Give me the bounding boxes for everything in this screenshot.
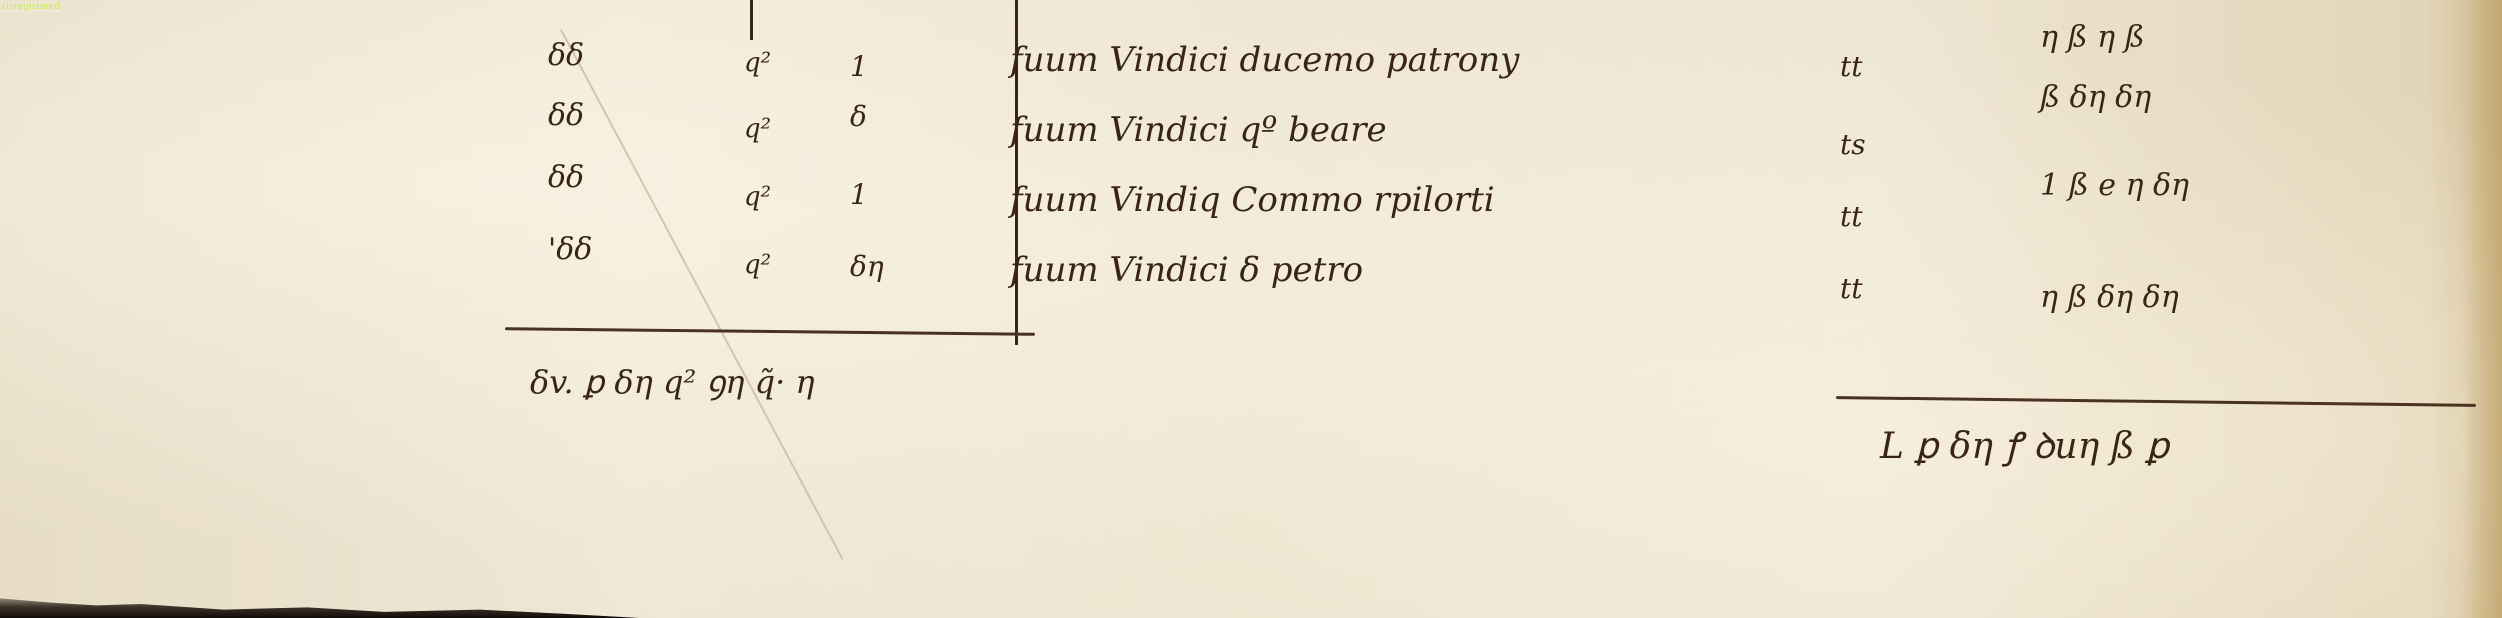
subtotal-rule (505, 327, 1035, 336)
entry-qty: δ (850, 100, 867, 133)
entry-mark: δδ (548, 98, 584, 133)
total-rule (1836, 396, 2476, 407)
entry-tally: tt (1840, 50, 1863, 83)
entry-tally: tt (1840, 272, 1863, 305)
entry-text: fuum Vindici qº beare (1010, 110, 1387, 150)
total-line: L ꝑ δη ꝭ ꝺuη ß ꝑ (1880, 420, 2169, 469)
entry-unit: q² (744, 48, 771, 78)
entry-unit: q² (744, 182, 771, 212)
entry-tally: ts (1840, 128, 1866, 161)
entry-amounts: 1 ß e η δη (2040, 168, 2189, 203)
watermark: Unregistered (2, 2, 60, 12)
entry-mark: δδ (548, 160, 584, 195)
entry-tally: tt (1840, 200, 1863, 233)
entry-mark: 'δδ (548, 232, 592, 267)
entry-qty: δη (850, 250, 884, 283)
entry-mark: δδ (548, 38, 584, 73)
column-divider (750, 0, 753, 40)
entry-amounts: η ß η ß (2040, 20, 2145, 55)
paper-crease (560, 29, 843, 560)
parchment-page: Unregistered δδ q² 1 fuum Vindici ducemo… (0, 0, 2502, 618)
entry-text: fuum Vindici ducemo patrony (1010, 40, 1519, 80)
entry-amounts: η ß δη δη (2040, 280, 2179, 315)
page-edge-shadow (2462, 0, 2502, 618)
entry-amounts: ß δη δη (2040, 80, 2151, 115)
subtotal-line: δv. ꝑ δη q² ꝯη q̃· η (530, 360, 815, 403)
entry-qty: 1 (850, 50, 868, 83)
entry-text: fuum Vindici δ petro (1010, 250, 1363, 290)
entry-text: fuum Vindiq Commo rpilorti (1010, 180, 1495, 220)
entry-unit: q² (744, 250, 771, 280)
entry-qty: 1 (850, 178, 868, 211)
torn-bottom-edge (0, 590, 640, 618)
entry-unit: q² (744, 114, 771, 144)
